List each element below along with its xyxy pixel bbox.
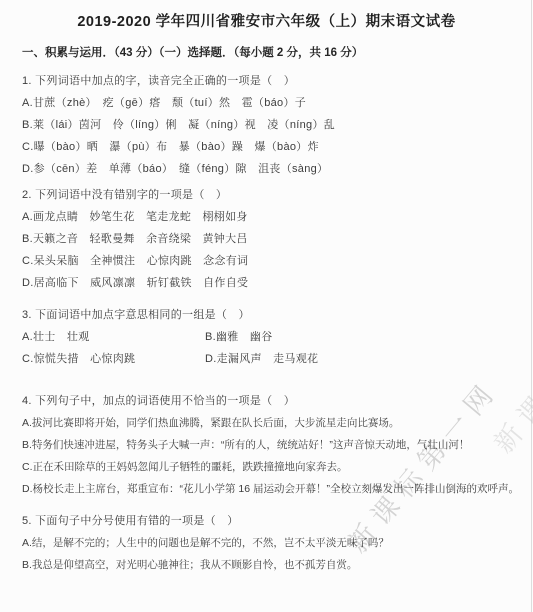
question-1-option-a: A.甘蔗（zhè） 疙（gē）瘩 颓（tuí）然 雹（báo）子: [22, 96, 527, 110]
question-1-option-d: D.参（cēn）差 单薄（báo） 缝（féng）隙 沮丧（sàng）: [22, 162, 527, 176]
question-4-stem: 4. 下列句子中，加点的词语使用不恰当的一项是（ ）: [22, 394, 527, 408]
question-4-option-d: D.杨校长走上主席台，郑重宣布：“花儿小学第 16 届运动会开幕！”全校立刻爆发…: [22, 482, 527, 496]
question-1-option-b: B.莱（lái）茵河 伶（líng）俐 凝（níng）视 凌（níng）乱: [22, 118, 527, 132]
question-5-stem: 5. 下面句子中分号使用有错的一项是（ ）: [22, 514, 527, 528]
question-4-option-b: B.特务们快速冲进屋，特务头子大喊一声：“所有的人，统统站好！”这声音惊天动地，…: [22, 438, 527, 452]
question-3-option-a: A.壮士 壮观: [22, 330, 205, 344]
question-5: 5. 下面句子中分号使用有错的一项是（ ） A.结，是解不完的；人生中的问题也是…: [22, 514, 527, 572]
exam-page: 新课标第一网 新课标第一网 2019-2020 学年四川省雅安市六年级（上）期末…: [0, 0, 533, 612]
page-title: 2019-2020 学年四川省雅安市六年级（上）期末语文试卷: [0, 0, 533, 31]
question-1-stem: 1. 下列词语中加点的字，读音完全正确的一项是（ ）: [22, 74, 527, 88]
question-1-option-c: C.曝（bào）晒 瀑（pù）布 暴（bào）躁 爆（bào）炸: [22, 140, 527, 154]
question-5-option-b: B.我总是仰望高空，对光明心驰神往；我从不顾影自怜，也不孤芳自赏。: [22, 558, 527, 572]
question-2-option-a: A.画龙点睛 妙笔生花 笔走龙蛇 栩栩如身: [22, 210, 527, 224]
question-2-option-d: D.居高临下 威风凛凛 斩钉截铁 自作自受: [22, 276, 527, 290]
question-2: 2. 下列词语中没有错别字的一项是（ ） A.画龙点睛 妙笔生花 笔走龙蛇 栩栩…: [22, 188, 527, 290]
question-3-option-d: D.走漏风声 走马观花: [205, 353, 318, 365]
question-3: 3. 下面词语中加点字意思相同的一组是（ ） A.壮士 壮观B.幽雅 幽谷 C.…: [22, 308, 527, 366]
question-2-stem: 2. 下列词语中没有错别字的一项是（ ）: [22, 188, 527, 202]
question-2-option-b: B.天籁之音 轻歌曼舞 余音绕梁 黄钟大吕: [22, 232, 527, 246]
question-4-option-c: C.正在禾田除草的王妈妈忽闻儿子牺牲的噩耗，跌跌撞撞地向家奔去。: [22, 460, 527, 474]
question-5-option-a: A.结，是解不完的；人生中的问题也是解不完的，不然，岂不太平淡无味了吗？: [22, 536, 527, 550]
question-1: 1. 下列词语中加点的字，读音完全正确的一项是（ ） A.甘蔗（zhè） 疙（g…: [22, 74, 527, 176]
question-3-option-c: C.惊慌失措 心惊肉跳: [22, 352, 205, 366]
section-header: 一、积累与运用．（43 分）（一）选择题．（每小题 2 分，共 16 分）: [22, 44, 525, 60]
question-2-option-c: C.呆头呆脑 全神惯注 心惊肉跳 念念有词: [22, 254, 527, 268]
question-4-option-a: A.拔河比赛即将开始，同学们热血沸腾，紧跟在队长后面，大步流星走向比赛场。: [22, 416, 527, 430]
question-4: 4. 下列句子中，加点的词语使用不恰当的一项是（ ） A.拔河比赛即将开始，同学…: [22, 394, 527, 496]
question-3-option-b: B.幽雅 幽谷: [205, 331, 273, 343]
question-3-stem: 3. 下面词语中加点字意思相同的一组是（ ）: [22, 308, 527, 322]
